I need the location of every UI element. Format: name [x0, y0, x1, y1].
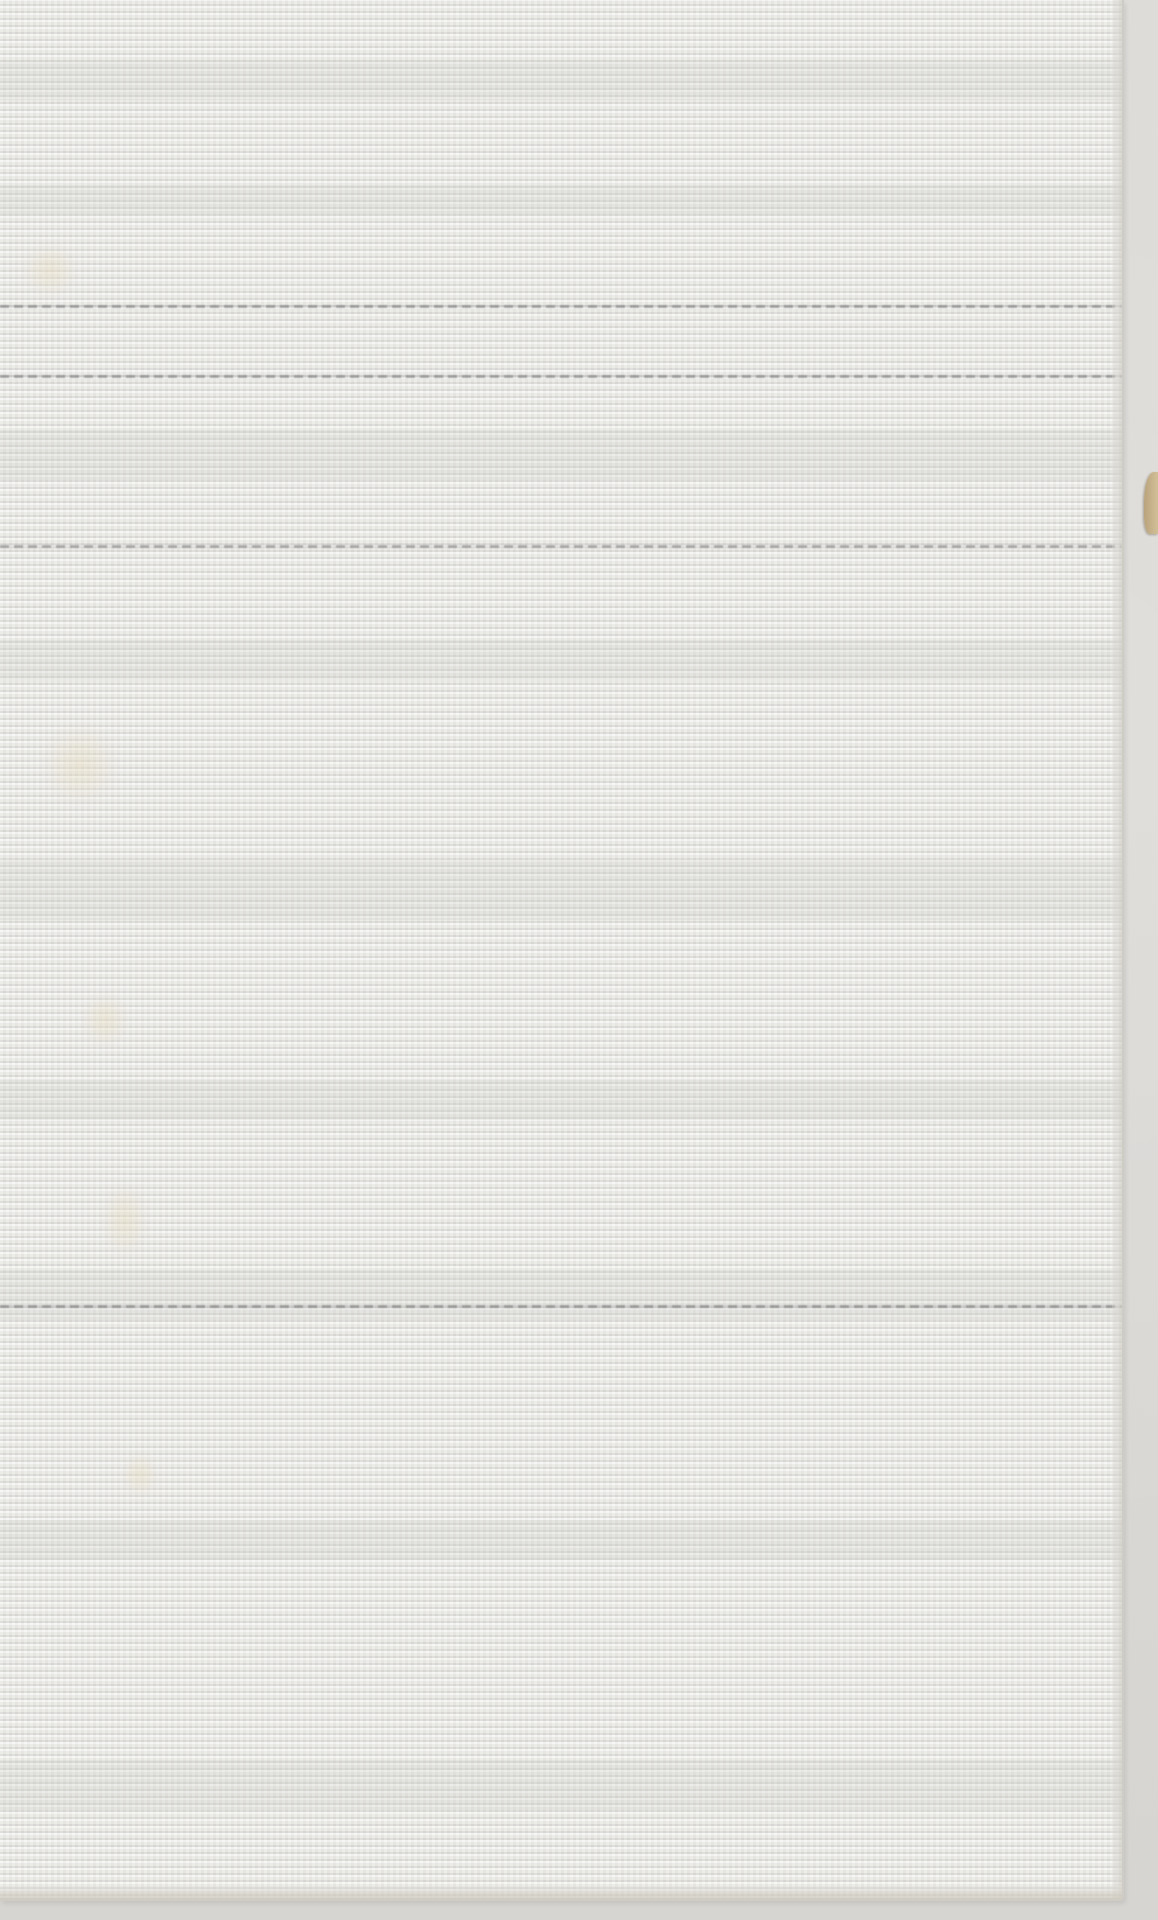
rug-faint-stain [100, 1180, 150, 1260]
rug-light-band [0, 430, 1122, 480]
rug-dark-striation [0, 545, 1122, 548]
rug-light-band [0, 185, 1122, 215]
woven-rug [0, 0, 1124, 1901]
rug-faint-stain [120, 1450, 160, 1500]
rug-photo-scene [0, 0, 1158, 1920]
rug-light-band [0, 60, 1122, 100]
rug-faint-stain [20, 240, 80, 300]
rug-right-edge-binding [1112, 0, 1122, 1898]
rug-faint-stain [80, 990, 130, 1050]
rug-bottom-edge-binding [0, 1886, 1122, 1898]
rug-dark-striation [0, 375, 1122, 378]
rug-corner-tag-object [1144, 472, 1158, 534]
rug-weave-texture [0, 0, 1122, 1898]
rug-light-band [0, 1760, 1122, 1810]
rug-light-band [0, 640, 1122, 680]
rug-dark-striation [0, 1305, 1122, 1308]
rug-light-band [0, 860, 1122, 920]
rug-light-band [0, 1080, 1122, 1120]
rug-light-band [0, 1520, 1122, 1560]
rug-faint-stain [40, 720, 120, 810]
rug-light-band [0, 1270, 1122, 1320]
rug-dark-striation [0, 305, 1122, 308]
